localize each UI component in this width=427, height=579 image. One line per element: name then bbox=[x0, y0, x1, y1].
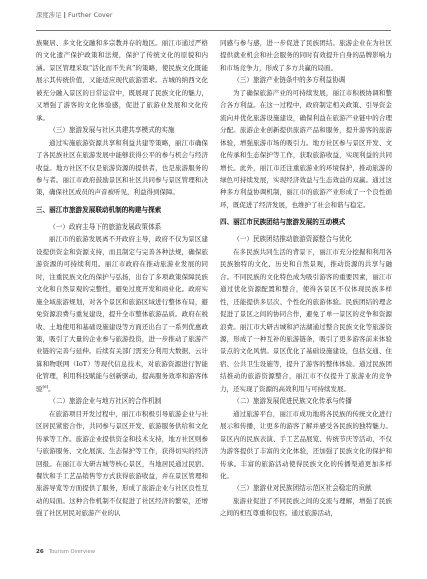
header-divider bbox=[36, 30, 391, 31]
page-footer: 26Tourism Overview bbox=[36, 549, 95, 555]
paragraph: 旅游业促进了不同民族之间的交流与理解，增强了民族之间的相互尊重和包容。通过旅游活… bbox=[220, 495, 392, 520]
paragraph: 在多民族共同生活的背景下，丽江市充分挖掘和利用各民族独特的文化、历史和自然景观，… bbox=[220, 246, 392, 395]
paragraph: 同感与参与感，进一步促进了民族团结。旅游企业在为社区提供就业机会和社会服务的同时… bbox=[220, 37, 392, 74]
running-header: 深度涉足|Further Cover bbox=[36, 12, 391, 20]
paragraph-end: 。 bbox=[48, 385, 55, 393]
paragraph: 通过实施旅游资源共享和利益共建等策略，丽江市确保了各民族社区在旅游发展中能够获得… bbox=[36, 137, 208, 199]
subheading: （三）旅游业对民族团结示范区社会稳定的贡献 bbox=[220, 482, 392, 494]
paragraph: 在旅游项目开发过程中，丽江市积极引导旅游企业与社区居民紧密合作，共同参与景区开发… bbox=[36, 408, 208, 520]
magazine-name: Tourism Overview bbox=[49, 549, 95, 555]
header-section-cn: 深度涉足 bbox=[36, 12, 62, 19]
subheading: （三）旅游产业链条中的多方利益协调 bbox=[220, 74, 392, 86]
subheading: （一）政府主导下的旅游发展政策体系 bbox=[36, 221, 208, 233]
subheading: （二）旅游企业与地方社区的合作机制 bbox=[36, 395, 208, 407]
page-number: 26 bbox=[36, 549, 44, 555]
subheading: （一）民族团结推动旅游资源整合与优化 bbox=[220, 233, 392, 245]
paragraph: 为了确保旅游产业的可持续发展，丽江市积极协调和整合各方利益。在这一过程中，政府制… bbox=[220, 87, 392, 212]
paragraph: 族聚居、多文化交融和多宗教并存的地区。丽江市通过严格的文化遗产保护政策和法规，保… bbox=[36, 37, 208, 124]
right-column: 同感与参与感，进一步促进了民族团结。旅游企业在为社区提供就业机会和社会服务的同时… bbox=[220, 37, 392, 520]
subheading: （二）旅游发展促进民族文化传承与传播 bbox=[220, 395, 392, 407]
subheading: （三）旅游发展与社区共建共享模式的实施 bbox=[36, 124, 208, 136]
paragraph-text: 丽江市的旅游发展离不开政府主导，政府不仅为景区建设提供资金和资源支持，而且制定与… bbox=[36, 235, 208, 392]
section-heading: 四、丽江市民族团结与旅游发展的互动模式 bbox=[220, 216, 392, 228]
header-section-en: Further Cover bbox=[68, 12, 113, 19]
paragraph: 通过旅游平台，丽江市成功地将各民族的传统文化进行展示和传播，让更多的游客了解并感… bbox=[220, 408, 392, 483]
left-column: 族聚居、多文化交融和多宗教并存的地区。丽江市通过严格的文化遗产保护政策和法规，保… bbox=[36, 37, 208, 520]
header-separator: | bbox=[64, 12, 66, 19]
paragraph: 丽江市的旅游发展离不开政府主导，政府不仅为景区建设提供资金和资源支持，而且制定与… bbox=[36, 233, 208, 395]
header-text: 深度涉足|Further Cover bbox=[36, 12, 391, 20]
section-heading: 三、丽江市旅游发展联动机制的构建与探索 bbox=[36, 204, 208, 216]
